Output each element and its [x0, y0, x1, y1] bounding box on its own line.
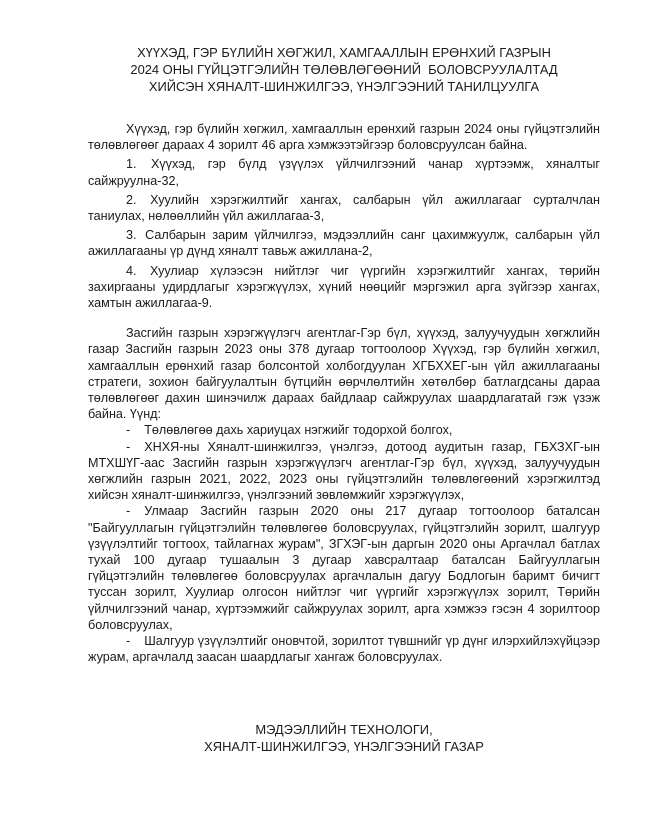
dash-marker: - — [126, 423, 144, 437]
department-line-1: МЭДЭЭЛЛИЙН ТЕХНОЛОГИ, — [88, 721, 600, 739]
dash-marker: - — [126, 440, 144, 454]
document-body: Хүүхэд, гэр бүлийн хөгжил, хамгааллын ер… — [88, 121, 600, 666]
main-paragraph: Засгийн газрын хэрэгжүүлэгч агентлаг-Гэр… — [88, 325, 600, 422]
item-number: 1. — [126, 157, 139, 171]
item-number: 4. — [126, 264, 139, 278]
title-line-2: 2024 ОНЫ ГҮЙЦЭТГЭЛИЙН ТӨЛӨВЛӨГӨӨНИЙ БОЛО… — [88, 61, 600, 78]
numbered-item-1: 1. Хүүхэд, гэр бүлд үзүүлэх үйлчилгээний… — [88, 156, 600, 188]
intro-paragraph: Хүүхэд, гэр бүлийн хөгжил, хамгааллын ер… — [88, 121, 600, 153]
item-text: Шалгуур үзүүлэлтийг оновчтой, зорилтот т… — [88, 634, 600, 664]
document-title: ХҮҮХЭД, ГЭР БҮЛИЙН ХӨГЖИЛ, ХАМГААЛЛЫН ЕР… — [88, 44, 600, 95]
department-line-2: ХЯНАЛТ-ШИНЖИЛГЭЭ, ҮНЭЛГЭЭНИЙ ГАЗАР — [88, 738, 600, 756]
numbered-item-3: 3. Салбарын зарим үйлчилгээ, мэдээллийн … — [88, 227, 600, 259]
item-number: 3. — [126, 228, 139, 242]
dash-item-2: -ХНХЯ-ны Хяналт-шинжилгээ, үнэлгээ, дото… — [88, 439, 600, 504]
item-text: Хүүхэд, гэр бүлд үзүүлэх үйлчилгээний ча… — [88, 157, 600, 187]
dash-item-1: -Төлөвлөгөө дахь хариуцах нэгжийг тодорх… — [88, 422, 600, 438]
item-text: ХНХЯ-ны Хяналт-шинжилгээ, үнэлгээ, дотоо… — [88, 440, 600, 503]
title-line-1: ХҮҮХЭД, ГЭР БҮЛИЙН ХӨГЖИЛ, ХАМГААЛЛЫН ЕР… — [88, 44, 600, 61]
item-text: Хуулиар хүлээсэн нийтлэг чиг үүргийн хэр… — [88, 264, 600, 310]
numbered-item-4: 4. Хуулиар хүлээсэн нийтлэг чиг үүргийн … — [88, 263, 600, 312]
dash-item-3: -Улмаар Засгийн газрын 2020 оны 217 дуга… — [88, 503, 600, 633]
item-text: Төлөвлөгөө дахь хариуцах нэгжийг тодорхо… — [144, 423, 452, 437]
item-number: 2. — [126, 193, 139, 207]
dash-marker: - — [126, 634, 144, 648]
signing-department: МЭДЭЭЛЛИЙН ТЕХНОЛОГИ, ХЯНАЛТ-ШИНЖИЛГЭЭ, … — [88, 721, 600, 756]
item-text: Салбарын зарим үйлчилгээ, мэдээллийн сан… — [88, 228, 600, 258]
item-text: Улмаар Засгийн газрын 2020 оны 217 дугаа… — [88, 504, 600, 631]
title-line-3: ХИЙСЭН ХЯНАЛТ-ШИНЖИЛГЭЭ, ҮНЭЛГЭЭНИЙ ТАНИ… — [88, 78, 600, 95]
document-page: ХҮҮХЭД, ГЭР БҮЛИЙН ХӨГЖИЛ, ХАМГААЛЛЫН ЕР… — [0, 0, 649, 835]
item-text: Хуулийн хэрэгжилтийг хангах, салбарын үй… — [88, 193, 600, 223]
dash-item-4: -Шалгуур үзүүлэлтийг оновчтой, зорилтот … — [88, 633, 600, 665]
dash-marker: - — [126, 504, 144, 518]
numbered-item-2: 2. Хуулийн хэрэгжилтийг хангах, салбарын… — [88, 192, 600, 224]
